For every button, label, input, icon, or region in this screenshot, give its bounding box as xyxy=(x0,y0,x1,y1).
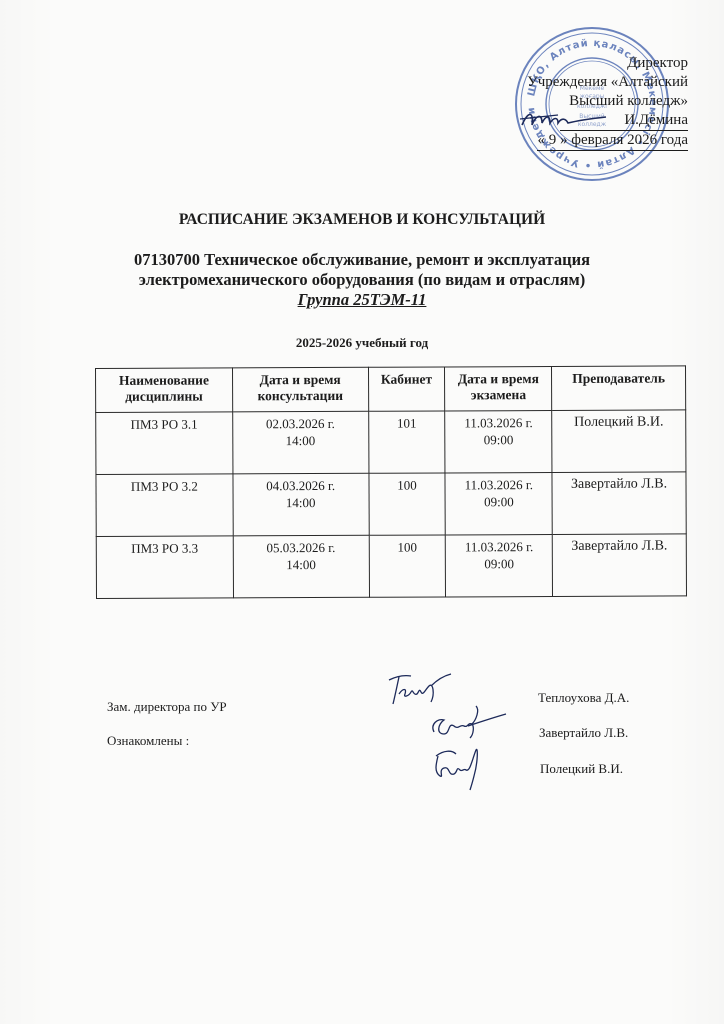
column-header-teacher: Преподаватель xyxy=(552,366,686,411)
academic-year: 2025-2026 учебный год xyxy=(0,335,724,351)
approval-date: « 9 » февраля 2026 года xyxy=(537,131,688,151)
discipline-cell: ПМ3 РО 3.2 xyxy=(96,474,233,537)
room-cell: 100 xyxy=(368,473,445,535)
table-row: ПМ3 РО 3.2 04.03.2026 г. 14:00 100 11.03… xyxy=(96,472,686,537)
specialty-heading: 07130700 Техническое обслуживание, ремон… xyxy=(0,250,724,310)
consultation-date: 02.03.2026 г. xyxy=(237,415,364,433)
acknowledged-name-2: Полецкий В.И. xyxy=(540,761,623,777)
specialty-line2: электромеханического оборудования (по ви… xyxy=(0,270,724,290)
specialty-line1: 07130700 Техническое обслуживание, ремон… xyxy=(0,250,724,270)
room-cell: 101 xyxy=(368,411,445,473)
approval-organization-line1: Учреждения «Алтайский xyxy=(527,73,688,92)
deputy-director-name: Теплоухова Д.А. xyxy=(538,690,629,706)
director-signature-icon xyxy=(518,105,608,133)
consultation-cell: 04.03.2026 г. 14:00 xyxy=(233,473,369,536)
consultation-time: 14:00 xyxy=(237,494,364,512)
column-header-room: Кабинет xyxy=(368,367,445,411)
column-header-discipline: Наименование дисциплины xyxy=(96,368,233,413)
discipline-cell: ПМ3 РО 3.1 xyxy=(96,412,233,475)
discipline-cell: ПМ3 РО 3.3 xyxy=(96,536,233,599)
teacher-cell: Завертайло Л.В. xyxy=(552,472,686,535)
column-header-exam: Дата и время экзамена xyxy=(445,367,552,411)
table-row: ПМ3 РО 3.1 02.03.2026 г. 14:00 101 11.03… xyxy=(96,410,686,475)
approval-block: Директор Учреждения «Алтайский Высший ко… xyxy=(527,54,688,151)
exam-time: 09:00 xyxy=(450,493,548,510)
exam-date: 11.03.2026 г. xyxy=(450,476,548,493)
teacher-cell: Полецкий В.И. xyxy=(552,410,686,473)
group-label: Группа 25ТЭМ-11 xyxy=(298,290,427,310)
document-page: ШҚО, Алтай қаласы, Мекемесі • Алтай • Уч… xyxy=(0,0,724,1024)
exam-time: 09:00 xyxy=(450,431,548,448)
room-cell: 100 xyxy=(369,535,446,597)
exam-cell: 11.03.2026 г. 09:00 xyxy=(445,411,552,473)
column-header-consultation: Дата и время консультации xyxy=(232,367,368,412)
document-title: РАСПИСАНИЕ ЭКЗАМЕНОВ И КОНСУЛЬТАЦИЙ xyxy=(0,211,724,229)
exam-cell: 11.03.2026 г. 09:00 xyxy=(446,535,553,597)
deputy-director-label: Зам. директора по УР xyxy=(107,699,227,715)
consultation-date: 04.03.2026 г. xyxy=(237,477,364,495)
consultation-cell: 05.03.2026 г. 14:00 xyxy=(233,535,369,598)
deputy-signature-icon xyxy=(385,672,455,708)
approval-position: Директор xyxy=(527,54,688,73)
poletsky-signature-icon xyxy=(430,742,490,792)
consultation-cell: 02.03.2026 г. 14:00 xyxy=(232,411,368,474)
exam-cell: 11.03.2026 г. 09:00 xyxy=(445,473,552,535)
acknowledged-name-1: Завертайло Л.В. xyxy=(539,725,628,741)
exam-date: 11.03.2026 г. xyxy=(450,538,548,555)
table-row: ПМ3 РО 3.3 05.03.2026 г. 14:00 100 11.03… xyxy=(96,534,686,599)
zavertaylo-signature-icon xyxy=(428,704,508,740)
consultation-time: 14:00 xyxy=(237,432,364,450)
acknowledged-label: Ознакомлены : xyxy=(107,733,189,749)
exam-time: 09:00 xyxy=(450,555,548,572)
exam-schedule-table: Наименование дисциплины Дата и время кон… xyxy=(95,365,687,599)
teacher-cell: Завертайло Л.В. xyxy=(552,534,686,597)
table-header-row: Наименование дисциплины Дата и время кон… xyxy=(96,366,686,413)
consultation-date: 05.03.2026 г. xyxy=(238,539,365,557)
exam-date: 11.03.2026 г. xyxy=(450,414,548,431)
consultation-time: 14:00 xyxy=(238,556,365,574)
